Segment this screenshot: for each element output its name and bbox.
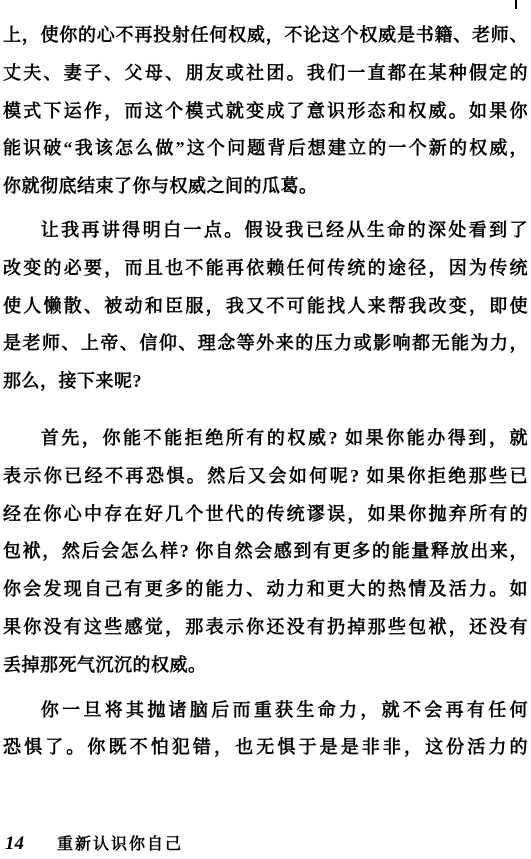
text-line: 丈夫、妻子、父母、朋友或社团。我们一直都在某种假定的 — [3, 55, 528, 93]
text-line: 使人懒散、被动和臣服，我又不可能找人来帮我改变，即使 — [3, 288, 528, 326]
paragraph: 让我再讲得明白一点。假设我已经从生命的深处看到了改变的必要，而且也不能再依赖任何… — [3, 212, 528, 401]
text-line: 上，使你的心不再投射任何权威，不论这个权威是书籍、老师、 — [3, 17, 528, 55]
text-line: 你会发现自己有更多的能力、动力和更大的热情及活力。如 — [3, 571, 528, 609]
text-line: 恐惧了。你既不怕犯错，也无惧于是是非非，这份活力的 — [3, 729, 528, 767]
text-line: 那么，接下来呢? — [3, 363, 528, 401]
text-line: 让我再讲得明白一点。假设我已经从生命的深处看到了 — [3, 212, 528, 250]
page-footer: 14 重新认识你自己 — [0, 832, 531, 858]
text-line: 表示你已经不再恐惧。然后又会如何呢? 如果你拒绝那些已 — [3, 458, 528, 496]
page-text-block: 上，使你的心不再投射任何权威，不论这个权威是书籍、老师、丈夫、妻子、父母、朋友或… — [3, 17, 528, 767]
text-line: 模式下运作，而这个模式就变成了意识形态和权威。如果你 — [3, 93, 528, 131]
paragraph: 上，使你的心不再投射任何权威，不论这个权威是书籍、老师、丈夫、妻子、父母、朋友或… — [3, 17, 528, 206]
text-line: 能识破“我该怎么做”这个问题背后想建立的一个新的权威， — [3, 130, 528, 168]
book-title: 重新认识你自己 — [57, 835, 183, 855]
text-line: 你就彻底结束了你与权威之间的瓜葛。 — [3, 168, 528, 206]
text-line: 丢掉那死气沉沉的权威。 — [3, 647, 528, 685]
text-line: 首先，你能不能拒绝所有的权威? 如果你能办得到，就 — [3, 420, 528, 458]
text-line: 是老师、上帝、信仰、理念等外来的压力或影响都无能为力， — [3, 325, 528, 363]
text-line: 经在你心中存在好几个世代的传统谬误，如果你抛弃所有的 — [3, 496, 528, 534]
text-line: 改变的必要，而且也不能再依赖任何传统的途径，因为传统 — [3, 250, 528, 288]
text-line: 果你没有这些感觉，那表示你还没有扔掉那些包袱，还没有 — [3, 609, 528, 647]
text-line: 你一旦将其抛诸脑后而重获生命力，就不会再有任何 — [3, 692, 528, 730]
book-page: 上，使你的心不再投射任何权威，不论这个权威是书籍、老师、丈夫、妻子、父母、朋友或… — [0, 0, 531, 859]
paragraph: 你一旦将其抛诸脑后而重获生命力，就不会再有任何恐惧了。你既不怕犯错，也无惧于是是… — [3, 692, 528, 768]
paragraph: 首先，你能不能拒绝所有的权威? 如果你能办得到，就表示你已经不再恐惧。然后又会如… — [3, 420, 528, 685]
scan-artifact-tick — [515, 0, 517, 9]
page-number: 14 — [5, 832, 24, 856]
text-line: 包袱，然后会怎么样? 你自然会感到有更多的能量释放出来， — [3, 533, 528, 571]
